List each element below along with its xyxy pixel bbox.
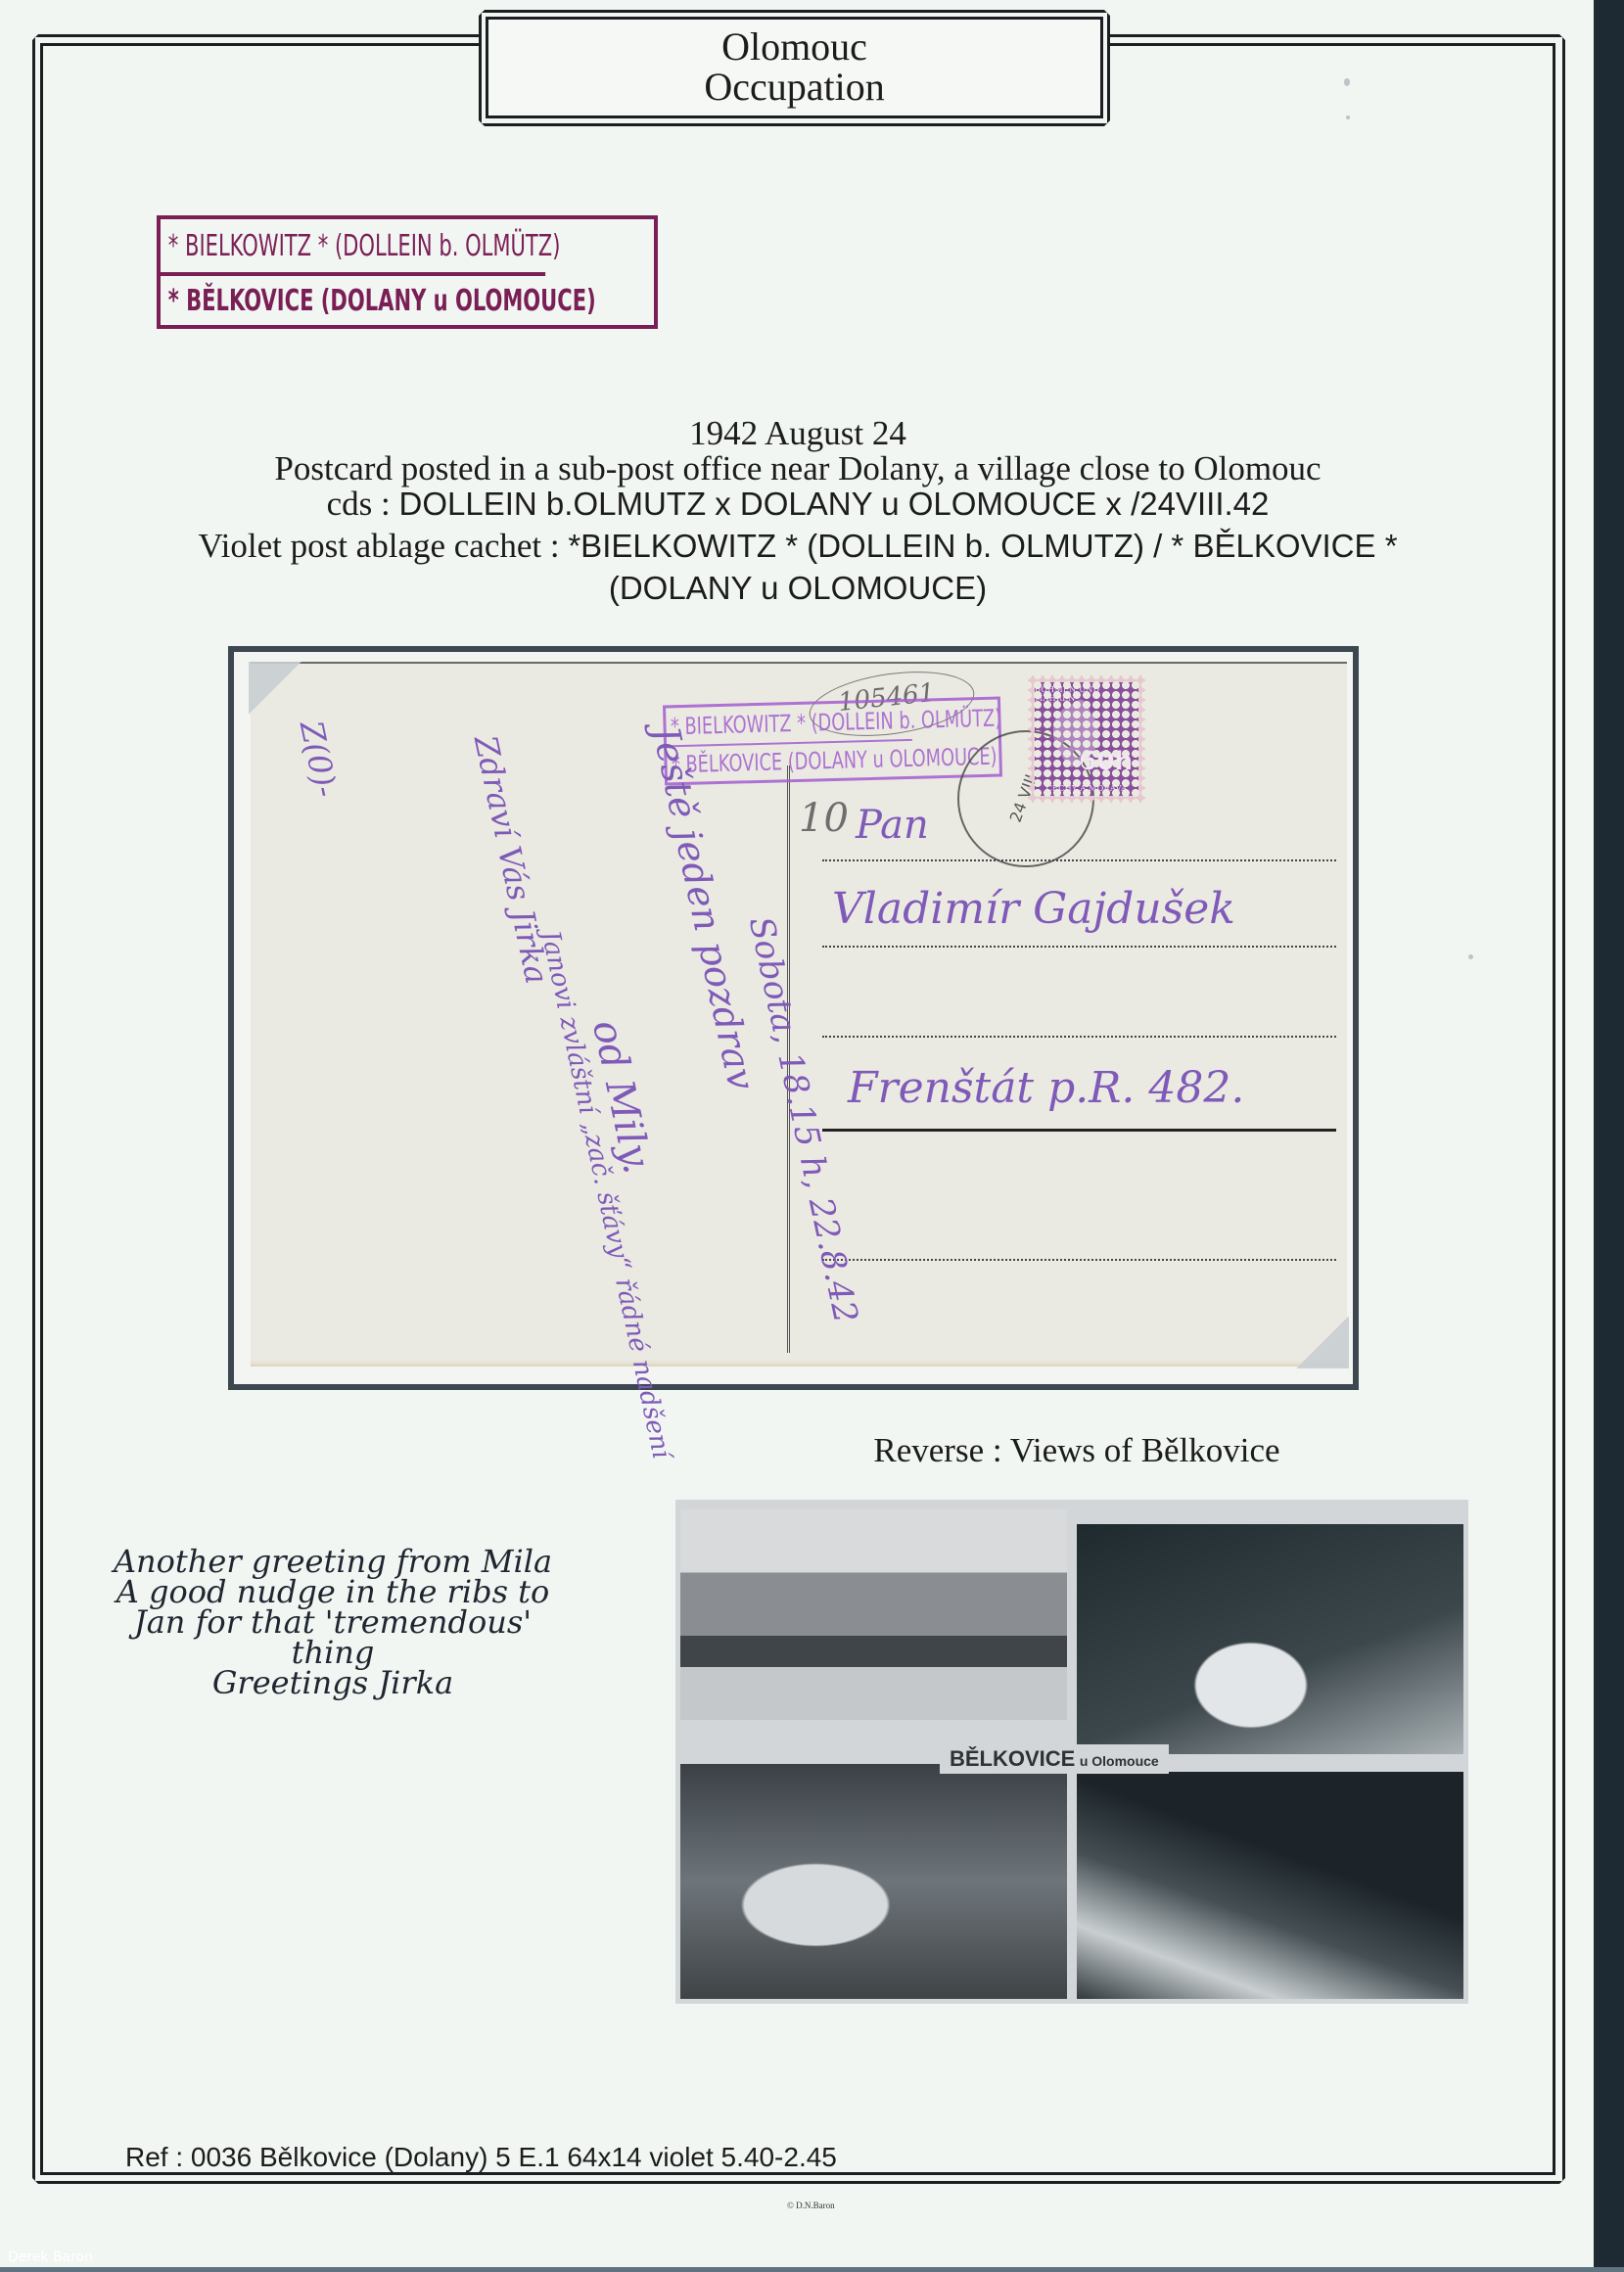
copyright-notice: © D.N.Baron (787, 2201, 835, 2210)
cachet-reproduction: * BIELKOWITZ * (DOLLEIN b. OLMÜTZ) * BĚL… (157, 215, 658, 329)
reverse-label-sub: u Olomouce (1080, 1753, 1159, 1769)
reverse-image-label: BĚLKOVICE u Olomouce (940, 1744, 1169, 1774)
title-box: Olomouc Occupation (486, 17, 1103, 118)
cds-value: DOLLEIN b.OLMUTZ x DOLANY u OLOMOUCE x /… (399, 486, 1270, 522)
violet-cachet-line2: * BĚLKOVICE (DOLANY u OLOMOUCE) (667, 739, 913, 783)
cachet-line-german: * BIELKOWITZ * (DOLLEIN b. OLMÜTZ) (161, 219, 545, 272)
reverse-caption: Reverse : Views of Bělkovice (666, 1431, 1488, 1470)
view-village-square (680, 1764, 1067, 1999)
page-title: Olomouc (721, 27, 867, 68)
message-translation: Another greeting from Mila A good nudge … (59, 1547, 607, 1698)
address-line (822, 1036, 1336, 1038)
view-village-street (680, 1509, 1067, 1720)
postage-stamp: BÖHMEN UND MÄHREN 60h ČECHY A MORAVA (1028, 675, 1145, 803)
address-salutation: Pan (856, 803, 929, 848)
stamp-design: BÖHMEN UND MÄHREN 60h ČECHY A MORAVA (1035, 682, 1138, 796)
cachet-value: *BIELKOWITZ * (DOLLEIN b. OLMUTZ) / * BĚ… (568, 528, 1397, 564)
address-line (822, 859, 1336, 861)
scan-edge-bottom (0, 2267, 1624, 2272)
mount-corner (1296, 1316, 1349, 1368)
stamp-value: 60h (1079, 747, 1133, 776)
stamp-country-de: BÖHMEN UND MÄHREN (1035, 682, 1138, 706)
description-date: 1942 August 24 (59, 416, 1537, 451)
view-valley-house (1077, 1524, 1463, 1754)
address-town: Frenštát p.R. 482. (848, 1063, 1244, 1113)
speck (1344, 78, 1350, 86)
translation-line: Greetings Jirka (59, 1668, 607, 1698)
catalogue-reference: Ref : 0036 Bělkovice (Dolany) 5 E.1 64x1… (125, 2142, 837, 2173)
view-wooded-valley (1077, 1772, 1463, 1999)
stamp-country-cz: ČECHY A MORAVA (1046, 781, 1128, 796)
item-description: 1942 August 24 Postcard posted in a sub-… (59, 416, 1537, 606)
description-cachet: Violet post ablage cachet : *BIELKOWITZ … (59, 529, 1537, 571)
watermark: Derek Baron (8, 2249, 93, 2265)
violet-cachet-line1: * BIELKOWITZ * (DOLLEIN b. OLMÜTZ) (666, 702, 912, 746)
cachet-label: Violet post ablage cachet : (198, 527, 568, 565)
address-line (822, 946, 1336, 948)
description-cds: cds : DOLLEIN b.OLMUTZ x DOLANY u OLOMOU… (59, 487, 1537, 529)
message-line: Z(0)- (293, 718, 345, 801)
postcard-reverse-image: BĚLKOVICE u Olomouce (675, 1500, 1468, 2004)
cds-label: cds : (327, 485, 399, 523)
scan-edge (1594, 0, 1624, 2272)
address-line (822, 1129, 1336, 1132)
postcard-front: 105461 10 * BIELKOWITZ * (DOLLEIN b. OLM… (251, 662, 1347, 1367)
reverse-label-main: BĚLKOVICE (950, 1746, 1075, 1771)
message-line: Sobota, 18.15 h, 22.8.42 (741, 913, 865, 1326)
speck (1468, 954, 1473, 959)
address-name: Vladimír Gajdušek (832, 884, 1235, 934)
description-line: Postcard posted in a sub-post office nea… (59, 451, 1537, 487)
page-subtitle: Occupation (704, 68, 884, 108)
address-line (822, 1259, 1336, 1261)
mount-corner (249, 662, 302, 715)
cachet-line-czech: * BĚLKOVICE (DOLANY u OLOMOUCE) (161, 272, 545, 325)
message-line: Zdraví Vás Jirka (467, 732, 556, 988)
speck (1346, 116, 1350, 119)
violet-cachet: * BIELKOWITZ * (DOLLEIN b. OLMÜTZ) * BĚL… (663, 696, 1002, 785)
cachet-value-continued: (DOLANY u OLOMOUCE) (59, 571, 1537, 606)
pencil-mark: 10 (799, 796, 849, 841)
